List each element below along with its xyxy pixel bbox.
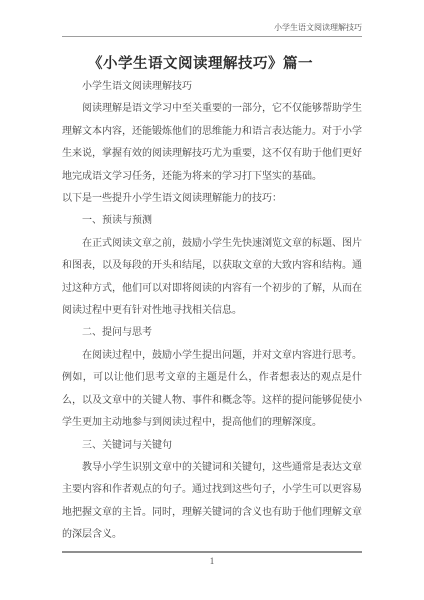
section-heading-2: 二、提问与思考 — [62, 322, 362, 344]
article-subtitle: 小学生语文阅读理解技巧 — [62, 76, 362, 98]
document-title: 《小学生语文阅读理解技巧》篇一 — [62, 54, 362, 74]
section-paragraph-1: 在正式阅读文章之前，鼓励小学生先快速浏览文章的标题、图片和图表，以及每段的开头和… — [62, 233, 362, 323]
paragraph-lead-in: 以下是一些提升小学生语文阅读理解能力的技巧： — [62, 188, 362, 210]
section-heading-1: 一、预读与预测 — [62, 210, 362, 232]
page-number: 1 — [0, 555, 424, 567]
section-paragraph-2: 在阅读过程中，鼓励小学生提出问题，并对文章内容进行思考。例如，可以让他们思考文章… — [62, 345, 362, 435]
paragraph-intro: 阅读理解是语文学习中至关重要的一部分，它不仅能够帮助学生理解文本内容，还能锻炼他… — [62, 98, 362, 188]
section-heading-3: 三、关键词与关键句 — [62, 435, 362, 457]
header-running-title: 小学生语文阅读理解技巧 — [62, 22, 362, 37]
document-page: 小学生语文阅读理解技巧 《小学生语文阅读理解技巧》篇一 小学生语文阅读理解技巧 … — [0, 0, 424, 600]
document-body: 小学生语文阅读理解技巧 阅读理解是语文学习中至关重要的一部分，它不仅能够帮助学生… — [62, 76, 362, 547]
section-paragraph-3: 教导小学生识别文章中的关键词和关键句，这些通常是表达文章主要内容和作者观点的句子… — [62, 457, 362, 547]
footer-rule — [62, 551, 362, 553]
